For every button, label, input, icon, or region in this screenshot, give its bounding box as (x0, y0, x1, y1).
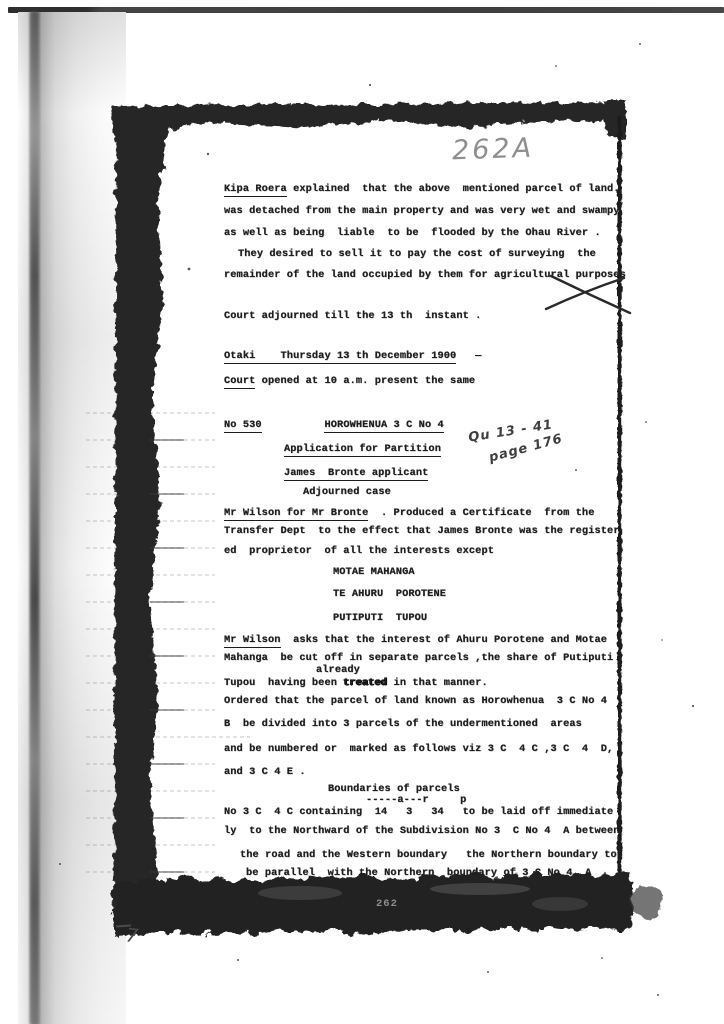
document-line: remainder of the land occupied by them f… (224, 269, 626, 281)
document-line: No 530 HOROWHENUA 3 C No 4 (224, 419, 444, 431)
document-line: TE AHURU POROTENE (333, 588, 446, 600)
document-line: PUTIPUTI TUPOU (333, 612, 427, 624)
text-segment: and 3 C 4 E . (224, 766, 306, 778)
underlined-text-segment: Otaki Thursday 13 th December 1900 (224, 350, 456, 364)
document-line: They desired to sell it to pay the cost … (238, 248, 596, 260)
text-segment: -----a---r p (366, 794, 466, 806)
underlined-text-segment: James Bronte applicant (284, 467, 428, 481)
document-line: and 3 C 4 E . (224, 766, 306, 778)
document-line: Kipa Roera explained that the above ment… (224, 183, 620, 195)
underlined-text-segment: No 530 (224, 419, 262, 433)
document-line: Adjourned case (303, 486, 391, 498)
underlined-text-segment: Kipa Roera (224, 183, 287, 197)
text-segment (262, 419, 325, 431)
document-line: -----a---r p (366, 794, 466, 806)
document-line: B be divided into 3 parcels of the under… (224, 718, 582, 730)
document-line: and be numbered or marked as follows viz… (224, 743, 613, 755)
handwritten-page-number: 262A (451, 133, 534, 167)
document-line: be parallel with the Northern boundary o… (246, 867, 591, 879)
text-segment: remainder of the land occupied by them f… (224, 269, 626, 281)
document-line: was detached from the main property and … (224, 205, 620, 217)
document-line: already (316, 664, 360, 676)
document-line: Mr Wilson asks that the interest of Ahur… (224, 634, 607, 646)
text-segment: was detached from the main property and … (224, 205, 620, 217)
document-line: Mr Wilson for Mr Bronte . Produced a Cer… (224, 507, 594, 519)
document-line: Court opened at 10 a.m. present the same (224, 375, 475, 387)
text-segment: be parallel with the Northern boundary o… (246, 867, 591, 879)
text-segment: and be numbered or marked as follows viz… (224, 743, 613, 755)
document-line: Transfer Dept to the effect that James B… (224, 525, 620, 537)
document-line: ed proprietor of all the interests excep… (224, 545, 494, 557)
text-segment: Tupou having been (224, 677, 343, 689)
text-segment: B be divided into 3 parcels of the under… (224, 718, 582, 730)
underlined-text-segment: HOROWHENUA 3 C No 4 (324, 419, 443, 433)
document-line: No 3 C 4 C containing 14 3 34 to be laid… (224, 806, 613, 818)
document-line: as well as being liable to be flooded by… (224, 227, 601, 239)
typewritten-text-block: Kipa Roera explained that the above ment… (0, 0, 724, 1024)
document-line: Ordered that the parcel of land known as… (224, 695, 607, 707)
text-segment: opened at 10 a.m. present the same (255, 375, 475, 387)
text-segment: explained that the above mentioned parce… (287, 183, 620, 195)
underlined-text-segment: Application for Partition (284, 443, 441, 457)
text-segment: TE AHURU POROTENE (333, 588, 446, 600)
text-segment: MOTAE MAHANGA (333, 566, 415, 578)
text-segment: Ordered that the parcel of land known as… (224, 695, 607, 707)
document-line: ly to the Northward of the Subdivision N… (224, 825, 620, 837)
document-line: James Bronte applicant (284, 467, 428, 479)
text-segment: Adjourned case (303, 486, 391, 498)
text-segment: in that manner. (387, 677, 487, 689)
text-segment: the road and the Western boundary the No… (240, 849, 617, 861)
text-segment: They desired to sell it to pay the cost … (238, 248, 596, 260)
text-segment: No 3 C 4 C containing 14 3 34 to be laid… (224, 806, 613, 818)
text-segment: ly to the Northward of the Subdivision N… (224, 825, 620, 837)
text-segment: already (316, 664, 360, 676)
text-segment: PUTIPUTI TUPOU (333, 612, 427, 624)
document-line: Court adjourned till the 13 th instant . (224, 310, 481, 322)
underlined-text-segment: Mr Wilson (224, 634, 281, 648)
document-line: Application for Partition (284, 443, 441, 455)
document-line: Mahanga be cut off in separate parcels ,… (224, 652, 613, 664)
text-segment: — (456, 350, 481, 362)
printed-page-number: 262 (376, 898, 398, 910)
document-line: the road and the Western boundary the No… (240, 849, 617, 861)
document-line: Otaki Thursday 13 th December 1900 — (224, 350, 481, 362)
underlined-text-segment: Court (224, 375, 255, 389)
text-segment: Court adjourned till the 13 th instant . (224, 310, 481, 322)
text-segment: Mahanga be cut off in separate parcels ,… (224, 652, 613, 664)
underlined-text-segment: Mr Wilson for Mr Bronte (224, 507, 368, 521)
handwritten-corner-mark: 7 (125, 924, 139, 947)
text-segment: ed proprietor of all the interests excep… (224, 545, 494, 557)
text-segment: . Produced a Certificate from the (368, 507, 594, 519)
text-segment: asks that the interest of Ahuru Porotene… (281, 634, 608, 646)
document-line: MOTAE MAHANGA (333, 566, 415, 578)
text-segment: treated (343, 677, 387, 689)
document-line: Tupou having been treated in that manner… (224, 677, 488, 689)
text-segment: as well as being liable to be flooded by… (224, 227, 601, 239)
scanned-document-page: Kipa Roera explained that the above ment… (0, 0, 724, 1024)
text-segment: Transfer Dept to the effect that James B… (224, 525, 620, 537)
